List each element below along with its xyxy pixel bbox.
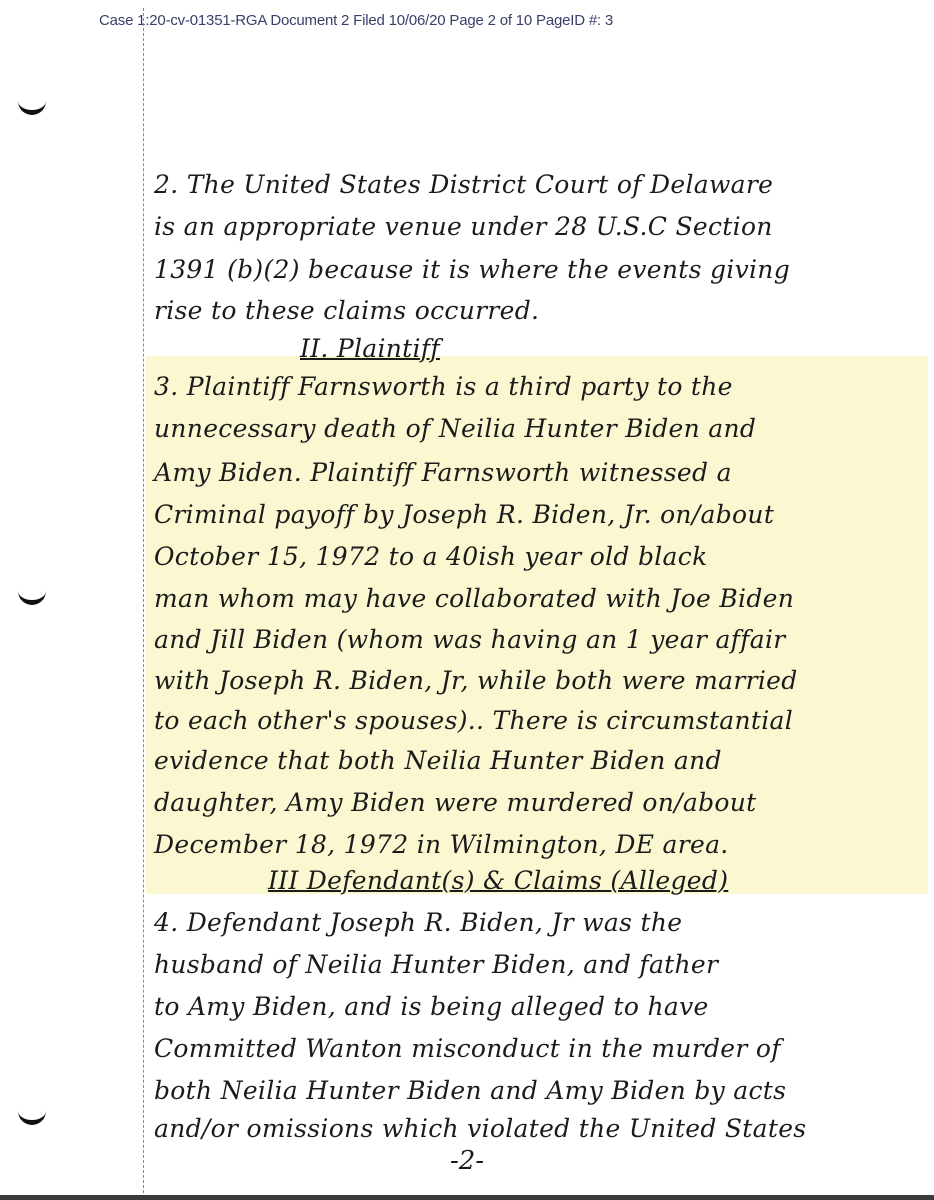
case-header: Case 1:20-cv-01351-RGA Document 2 Filed … [0,12,934,29]
punch-hole-top [18,96,46,115]
punch-hole-bottom [18,1106,46,1125]
text-line: to Amy Biden, and is being alleged to ha… [154,992,709,1021]
page-number: -2- [0,1146,934,1176]
text-line: 3. Plaintiff Farnsworth is a third party… [154,372,733,401]
text-line: with Joseph R. Biden, Jr, while both wer… [154,666,798,695]
text-line: Amy Biden. Plaintiff Farnsworth witnesse… [154,458,732,487]
text-line: 4. Defendant Joseph R. Biden, Jr was the [154,908,682,937]
text-line: 1391 (b)(2) because it is where the even… [154,255,790,284]
text-line: unnecessary death of Neilia Hunter Biden… [154,414,756,443]
text-line: to each other's spouses).. There is circ… [154,706,793,735]
text-line: husband of Neilia Hunter Biden, and fath… [154,950,718,979]
text-line: rise to these claims occurred. [154,296,539,325]
text-line: and/or omissions which violated the Unit… [154,1114,806,1143]
section-heading-plaintiff: II. Plaintiff [300,334,440,363]
text-line: both Neilia Hunter Biden and Amy Biden b… [154,1076,786,1105]
text-line: October 15, 1972 to a 40ish year old bla… [154,542,708,571]
text-line: Committed Wanton misconduct in the murde… [154,1034,781,1063]
text-line: December 18, 1972 in Wilmington, DE area… [154,830,729,859]
section-heading-defendants: III Defendant(s) & Claims (Alleged) [268,866,728,895]
text-line: daughter, Amy Biden were murdered on/abo… [154,788,757,817]
text-line: 2. The United States District Court of D… [154,170,773,199]
text-line: is an appropriate venue under 28 U.S.C S… [154,212,773,241]
text-line: Criminal payoff by Joseph R. Biden, Jr. … [154,500,774,529]
text-line: evidence that both Neilia Hunter Biden a… [154,746,722,775]
text-line: man whom may have collaborated with Joe … [154,584,794,613]
punch-hole-middle [18,586,46,605]
text-line: and Jill Biden (whom was having an 1 yea… [154,625,786,654]
margin-rule [143,8,144,1198]
bottom-border [0,1195,934,1200]
